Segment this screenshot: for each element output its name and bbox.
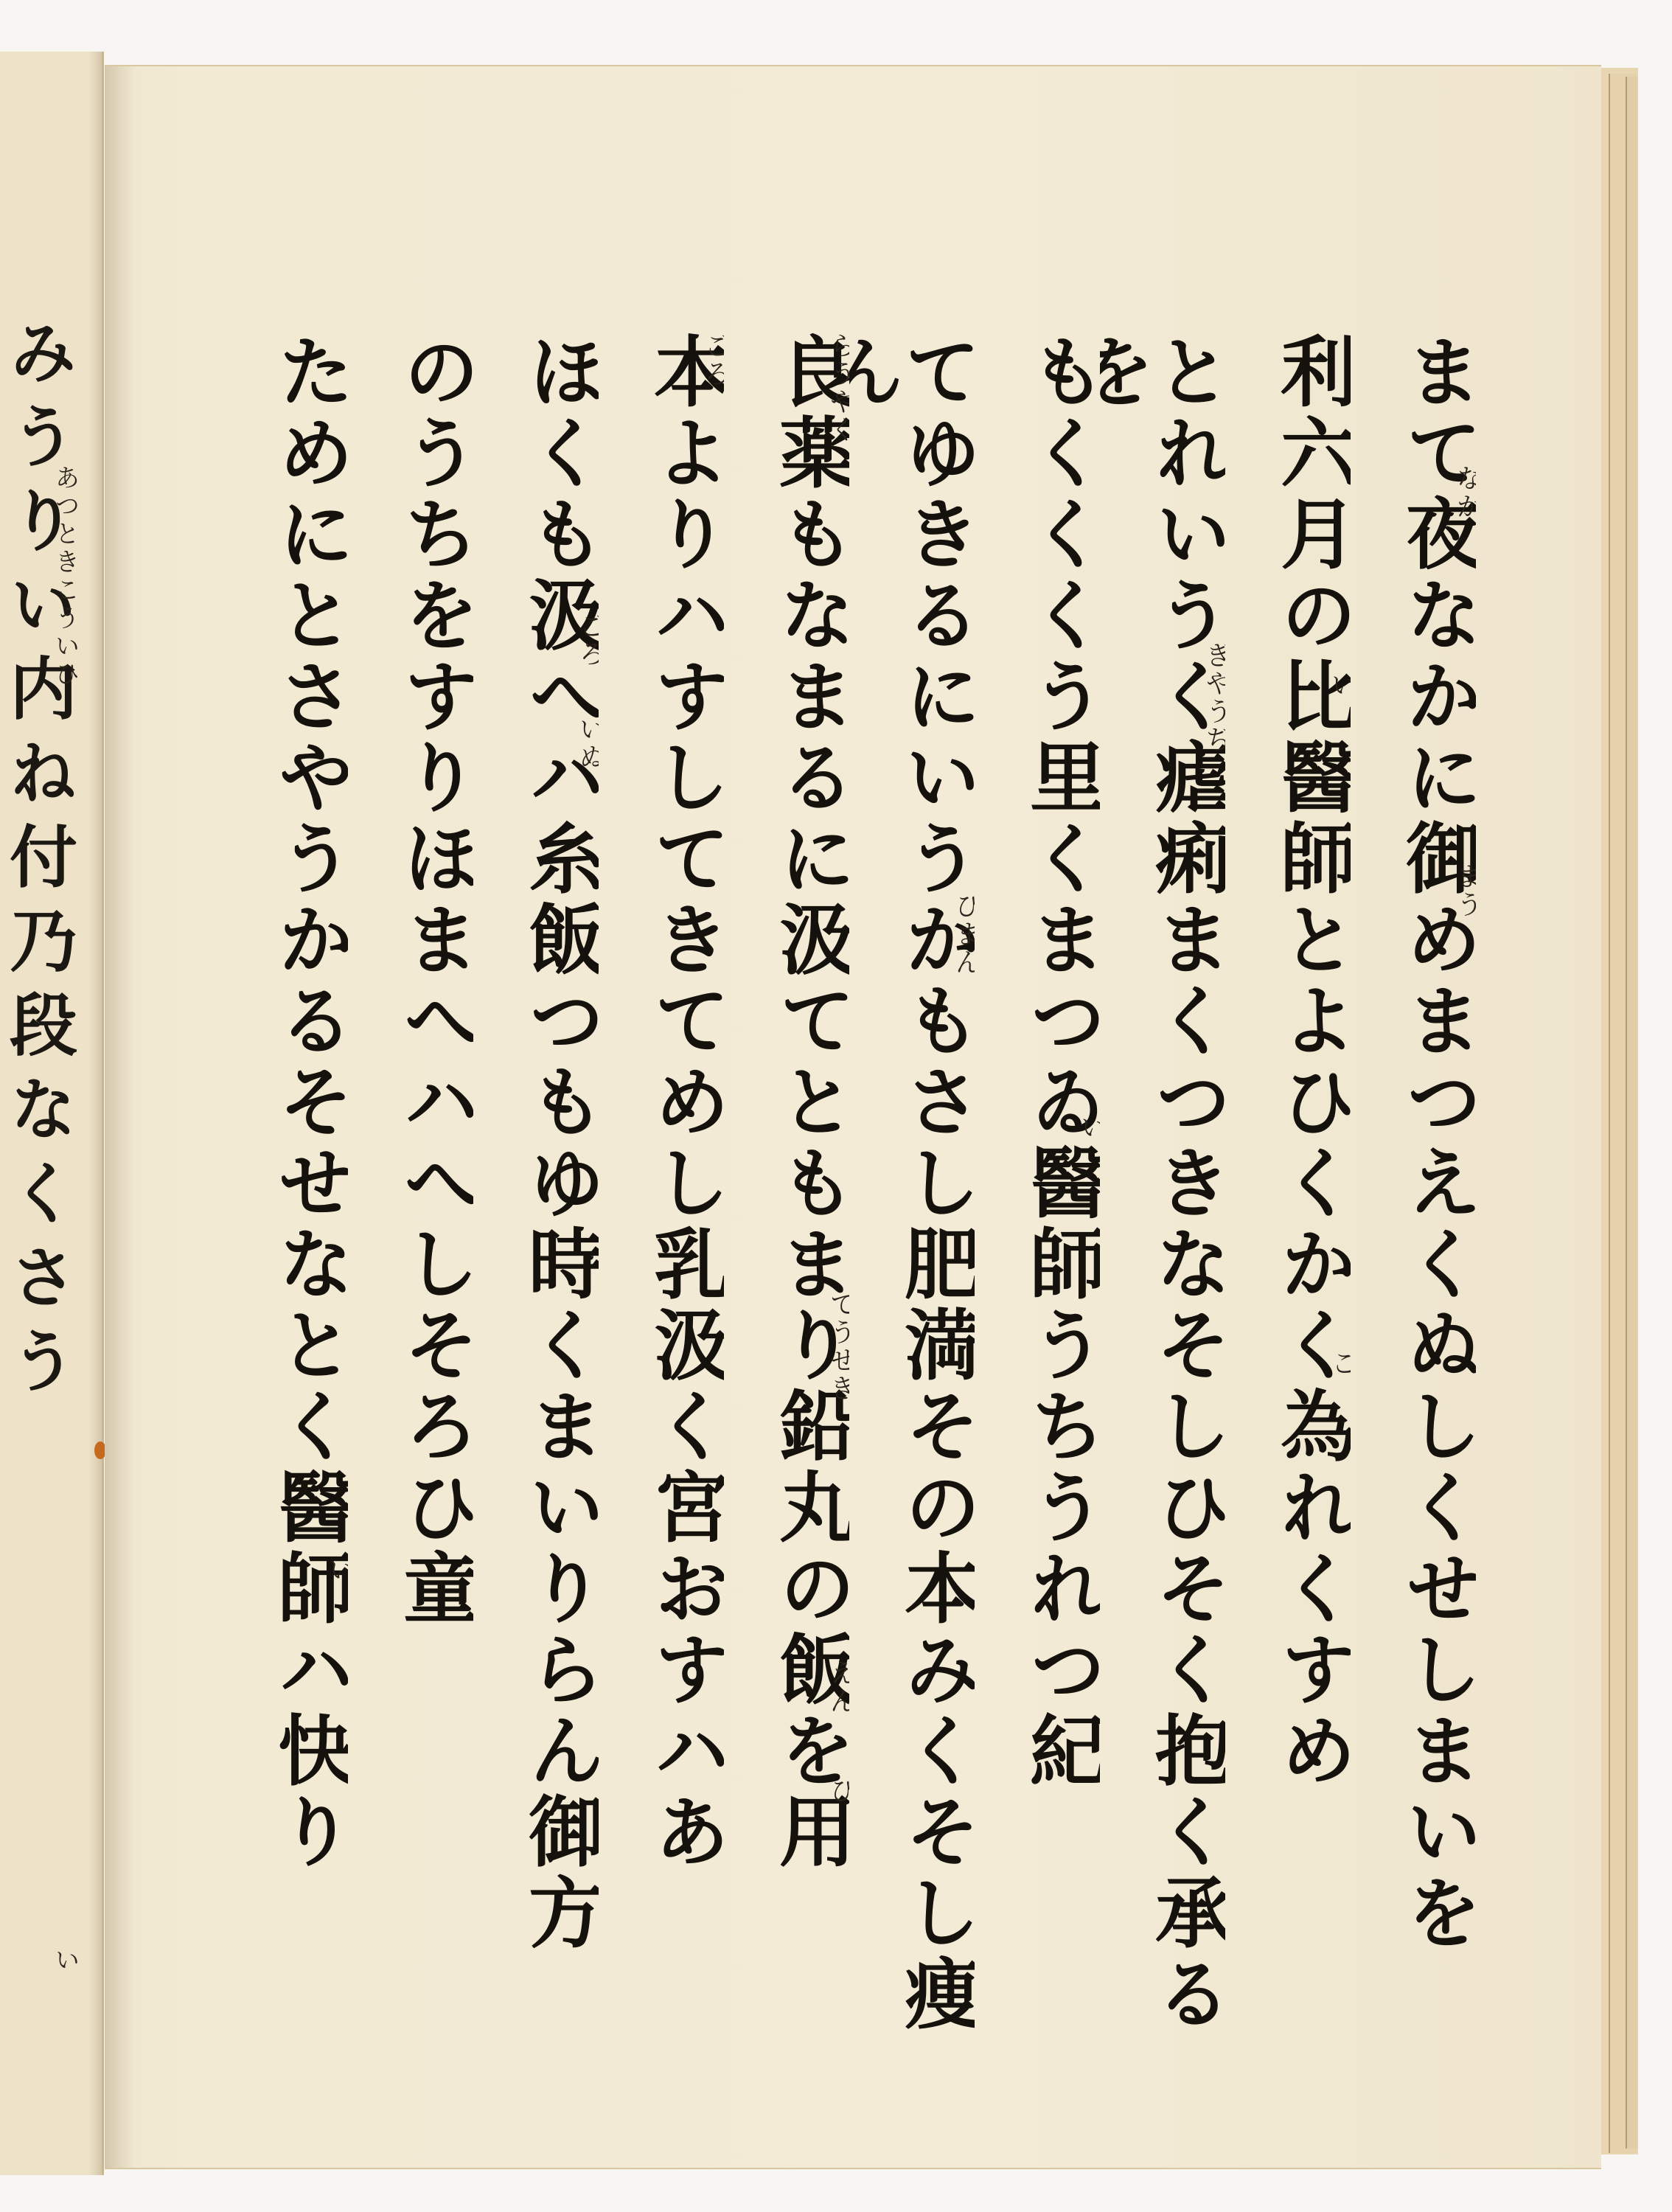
text-column: のうちをすりほまへハへしそろひ童	[348, 332, 473, 2087]
column-text: 利六月の比醫師とよひくかく為れくすめ	[1274, 332, 1351, 2087]
column-text: まて夜なかに御めまつえくぬしくせしまいを	[1399, 332, 1476, 2087]
text-columns: まて夜なかに御めまつえくぬしくせしまいを なか まう 利六月の比醫師とよひくかく…	[223, 332, 1476, 2087]
text-column: とれいうく瘧痢まくつきなそしひそく抱く承るを ぎやうぢ	[1100, 332, 1225, 2087]
furigana: てうせき	[827, 1290, 849, 1402]
furigana: まう	[1454, 863, 1476, 919]
furigana: い	[1328, 671, 1351, 699]
furigana: いぬ	[577, 715, 599, 771]
furigana: なか	[1454, 465, 1476, 521]
column-text: ほくも汲へハ糸飯つもゆ時くまいりらん御方	[522, 332, 599, 2087]
left-page-ruby: あつときこういひ	[47, 465, 83, 689]
left-page-ruby-bottom: い	[47, 1947, 83, 1972]
text-column: もくくくう里くまつゐ醫師うちうれつ紀 い	[975, 332, 1100, 2087]
furigana: ごろ	[702, 332, 724, 388]
text-column: ためにとさやうかるそせなとく醫師ハ快り い	[223, 332, 348, 2087]
furigana: い	[1078, 1113, 1100, 1141]
main-page: まて夜なかに御めまつえくぬしくせしまいを なか まう 利六月の比醫師とよひくかく…	[105, 65, 1601, 2169]
page-edge	[1626, 77, 1637, 2149]
column-text: ためにとさやうかるそせなとく醫師ハ快り	[271, 332, 348, 2087]
furigana: ひ	[827, 1777, 849, 1805]
text-column: 利六月の比醫師とよひくかく為れくすめ い こ	[1225, 332, 1351, 2087]
text-column: 本よりハすしてきてめし乳汲く宮おすハあ ごろ	[599, 332, 724, 2087]
furigana: こ	[1328, 1349, 1351, 1377]
left-page-fragment: みうりい内ね付乃段なくさう あつときこういひ い	[0, 52, 104, 2175]
furigana: ぎやうぢ	[1203, 641, 1225, 754]
column-text: 本よりハすしてきてめし乳汲く宮おすハあ	[647, 332, 724, 2087]
column-text: 良薬もなまるに汲てともまり鉛丸の飯を用	[773, 332, 849, 2087]
text-column: ほくも汲へハ糸飯つもゆ時くまいりらん御方 ごろ いぬ	[473, 332, 599, 2087]
text-column: まて夜なかに御めまつえくぬしくせしまいを なか まう	[1351, 332, 1476, 2087]
furigana: らうやく	[827, 332, 849, 444]
furigana: い	[326, 1556, 348, 1584]
text-column: 良薬もなまるに汲てともまり鉛丸の飯を用 らうやく てうせき えん ひ	[724, 332, 849, 2087]
column-text: もくくくう里くまつゐ醫師うちうれつ紀	[1023, 332, 1100, 2087]
column-text: のうちをすりほまへハへしそろひ童	[397, 332, 473, 2087]
gutter-shadow	[88, 52, 102, 2175]
text-column: てゆきるにいうかもさし肥満その本みくそし痩ん ひまん	[849, 332, 975, 2087]
column-text: とれいうく瘧痢まくつきなそしひそく抱く承るを	[1100, 332, 1225, 2087]
gutter-shadow	[105, 66, 134, 2168]
furigana: ひまん	[952, 892, 975, 976]
column-text: てゆきるにいうかもさし肥満その本みくそし痩ん	[849, 332, 975, 2087]
furigana: ごろ	[577, 612, 599, 668]
furigana: えん	[827, 1659, 849, 1715]
